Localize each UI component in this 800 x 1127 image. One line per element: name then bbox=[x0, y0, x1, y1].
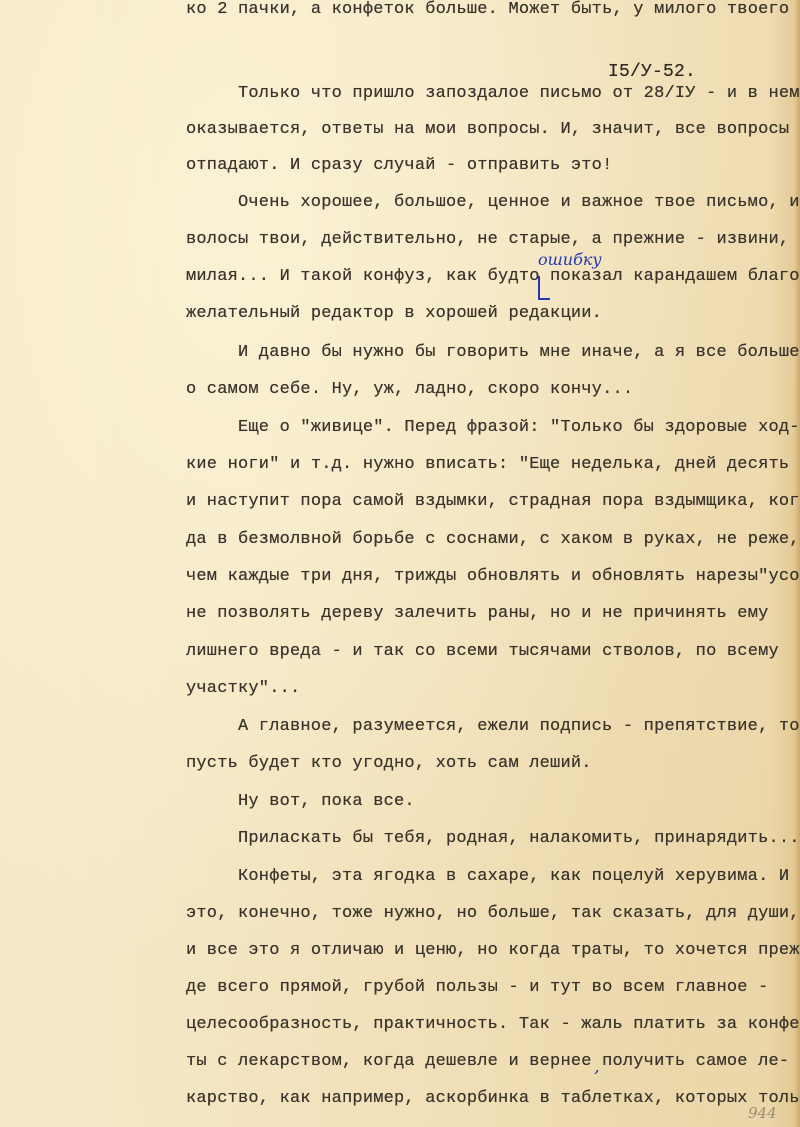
text-line: ты с лекарством, когда дешевле и вернее … bbox=[186, 1052, 789, 1071]
text-line: не позволять дереву залечить раны, но и … bbox=[186, 604, 769, 623]
text-line: желательный редактор в хорошей редакции. bbox=[186, 304, 602, 323]
text-line: да в безмолвной борьбе с соснами, с хако… bbox=[186, 530, 800, 549]
text-line: оказывается, ответы на мои вопросы. И, з… bbox=[186, 120, 789, 139]
text-line: Только что пришло запоздалое письмо от 2… bbox=[238, 84, 800, 103]
text-line: ко 2 пачки, а конфеток больше. Может быт… bbox=[186, 0, 789, 19]
text-line: волосы твои, действительно, не старые, а… bbox=[186, 230, 789, 249]
handwritten-comma: , bbox=[594, 1056, 600, 1077]
text-line: И давно бы нужно бы говорить мне иначе, … bbox=[238, 343, 800, 362]
text-line: чем каждые три дня, трижды обновлять и о… bbox=[186, 567, 800, 586]
text-line: Еще о "живице". Перед фразой: "Только бы… bbox=[238, 418, 800, 437]
letter-date: I5/У-52. bbox=[608, 62, 696, 82]
text-line: Приласкать бы тебя, родная, налакомить, … bbox=[238, 829, 800, 848]
text-line: о самом себе. Ну, уж, ладно, скоро кончу… bbox=[186, 380, 633, 399]
text-line: участку"... bbox=[186, 679, 300, 698]
text-line: это, конечно, тоже нужно, но больше, так… bbox=[186, 904, 800, 923]
text-line: и все это я отличаю и ценю, но когда тра… bbox=[186, 941, 800, 960]
text-line: Конфеты, эта ягодка в сахаре, как поцелу… bbox=[238, 867, 789, 886]
text-line: Ну вот, пока все. bbox=[238, 792, 415, 811]
text-line: Очень хорошее, большое, ценное и важное … bbox=[238, 193, 800, 212]
text-line: и наступит пора самой вздымки, страдная … bbox=[186, 492, 800, 511]
text-line: милая... И такой конфуз, как будто показ… bbox=[186, 267, 800, 286]
archive-page-number: 944 bbox=[748, 1104, 777, 1122]
text-line: отпадают. И сразу случай - отправить это… bbox=[186, 156, 612, 175]
text-line: кие ноги" и т.д. нужно вписать: "Еще нед… bbox=[186, 455, 789, 474]
text-line: А главное, разумеется, ежели подпись - п… bbox=[238, 717, 800, 736]
text-line: де всего прямой, грубой пользы - и тут в… bbox=[186, 978, 769, 997]
handwritten-correction: ошибку bbox=[538, 250, 602, 269]
insertion-mark bbox=[538, 276, 550, 300]
text-line: пусть будет кто угодно, хоть сам леший. bbox=[186, 754, 592, 773]
text-line: целесообразность, практичность. Так - жа… bbox=[186, 1015, 800, 1034]
text-line: карство, как например, аскорбинка в табл… bbox=[186, 1089, 800, 1108]
text-line: лишнего вреда - и так со всеми тысячами … bbox=[186, 642, 779, 661]
